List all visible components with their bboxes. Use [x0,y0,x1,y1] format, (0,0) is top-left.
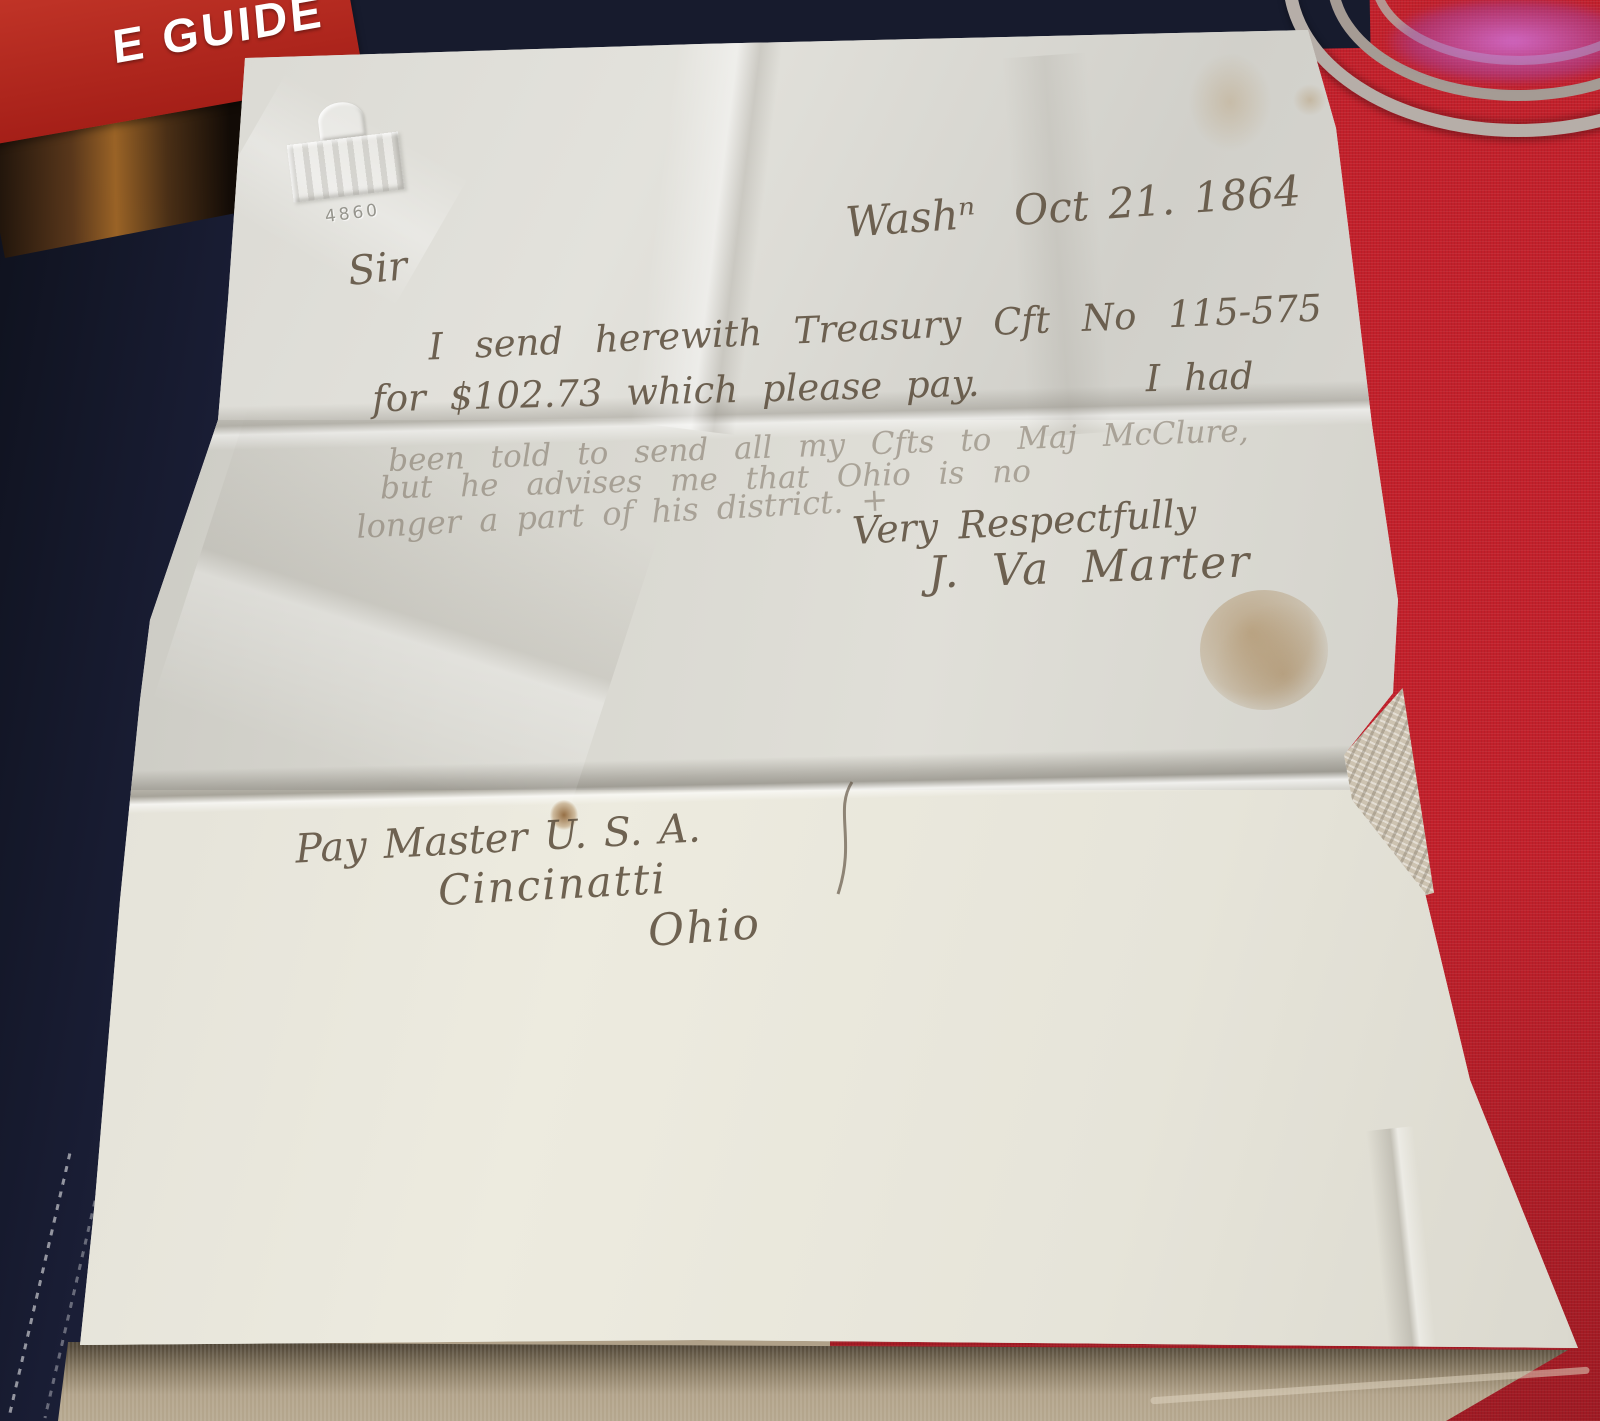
letter-signature: J. Va Marter [927,536,1252,598]
letter-salutation: Sir [346,243,410,295]
paper-pinhole-stain [550,800,578,830]
paper-crease [630,11,814,438]
letter-dateline: Washⁿ Oct 21. 1864 [844,166,1302,247]
letter-faint-line: longer a part of his district. + [355,480,889,546]
letter-address-line: Pay Master U. S. A. [294,805,702,872]
letter-address-line: Ohio [646,898,762,957]
paper-crease [153,406,658,834]
pen-flourish [826,778,860,902]
letter-bottom-panel [0,790,1600,1360]
photo-scene: E GUIDE 4860 Washⁿ Oct 21. 1864 Sir I [0,0,1600,1421]
paper-crease [1366,1126,1438,1365]
embossed-letterhead-stamp: 4860 [262,87,432,249]
paper-stain [1200,590,1328,710]
paper-crease [1002,52,1113,437]
fold-crease-upper [100,379,1431,453]
letter-body-line: I send herewith Treasury Cft No 115-575 [427,287,1322,369]
letter-faint-line: been told to send all my Cfts to Maj McC… [388,413,1249,479]
letter-address-line: Cincinatti [437,854,668,915]
letter-faint-line: but he advises me that Ohio is no [380,453,1032,506]
paper-crease [212,73,469,308]
letter-closing: Very Respectfully [851,491,1197,553]
stamp-building-body [287,132,405,203]
paper-stain [1293,84,1327,116]
stamp-number: 4860 [275,194,430,233]
stamp-building-dome [316,100,366,141]
letter-body-line: for $102.73 which please pay. I had [372,354,1255,420]
paper-stain [1188,52,1272,152]
